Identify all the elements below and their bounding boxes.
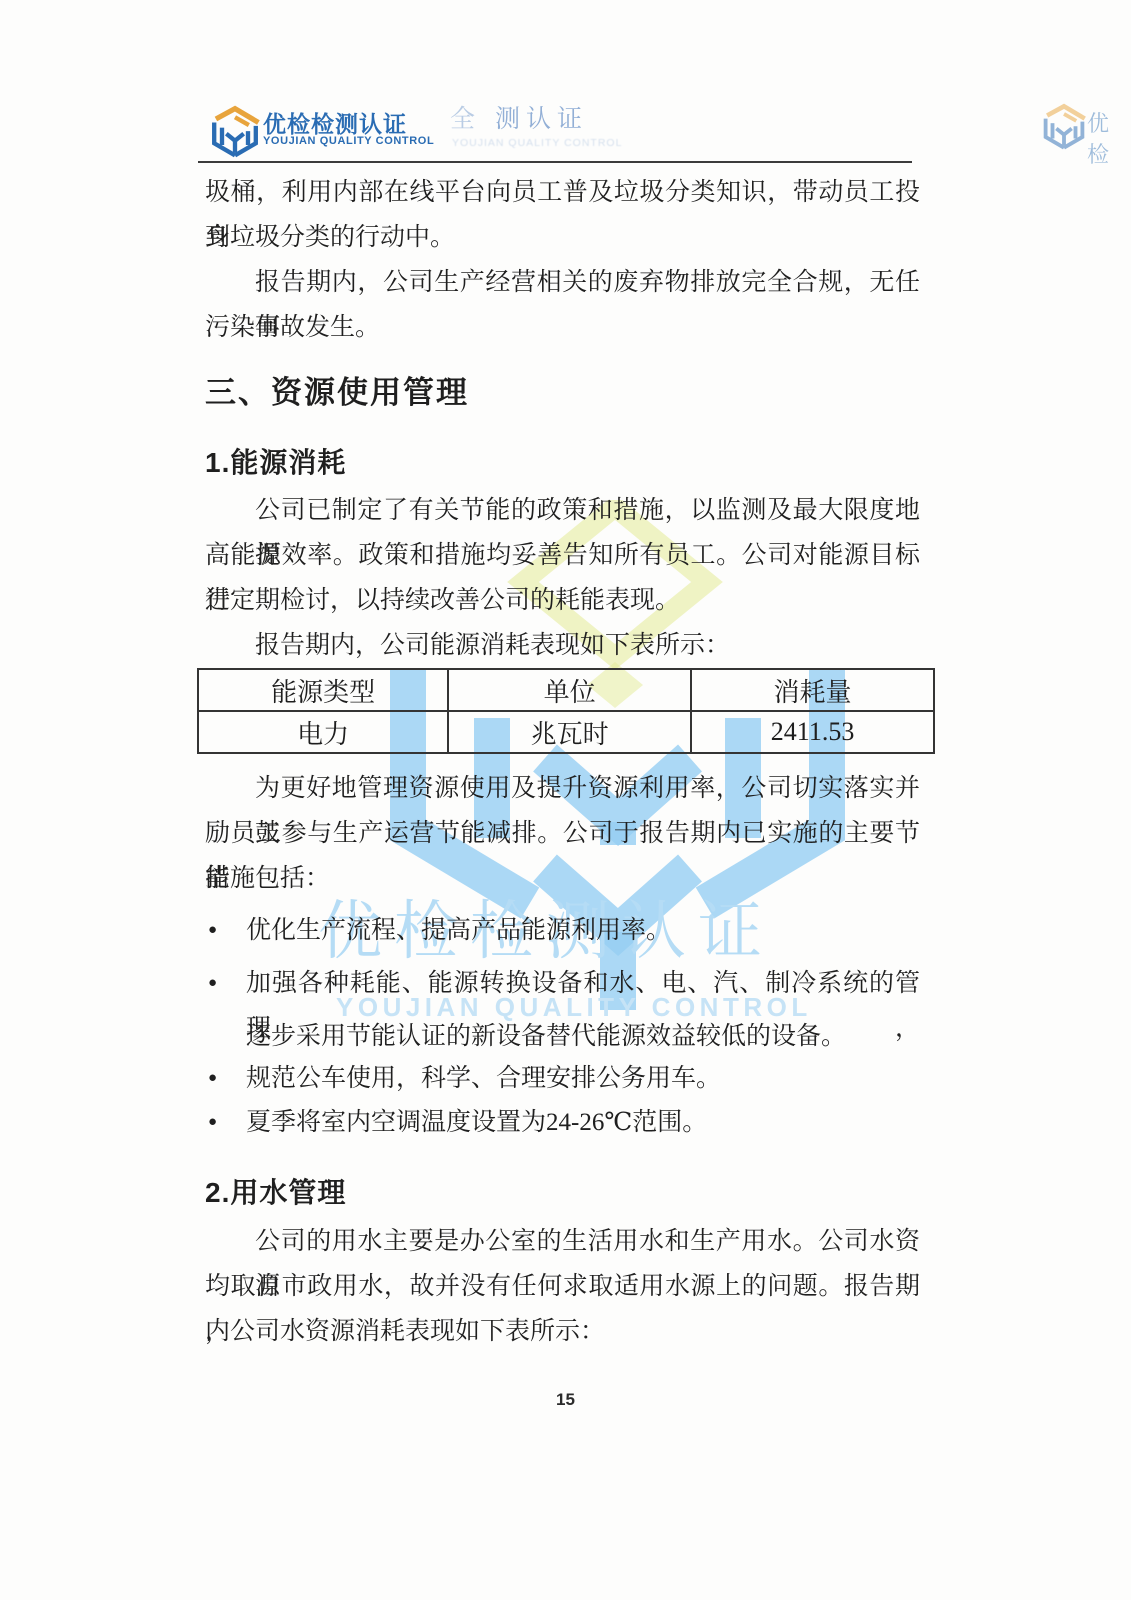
table-header-cell: 消耗量	[691, 669, 934, 711]
document-page: 优检检测认证 YOUJIAN QUALITY CONTROL 优检检测认证 YO…	[0, 0, 1131, 1600]
bullet-item: 夏季将室内空调温度设置为24-26℃范围。	[246, 1100, 920, 1145]
subsection-heading-water: 2.用水管理	[205, 1170, 346, 1215]
bullet-item: 优化生产流程、提高产品能源利用率。	[246, 908, 920, 953]
body-line: 报告期内，公司生产经营相关的废弃物排放完全合规，无任何	[205, 260, 920, 305]
bullet-marker: ●	[208, 961, 230, 1006]
body-line: 为更好地管理资源使用及提升资源利用率，公司切实落实并鼓	[205, 766, 920, 811]
energy-consumption-table: 能源类型 单位 消耗量 电力 兆瓦时 2411.53	[197, 668, 935, 754]
subsection-heading-energy: 1.能源消耗	[205, 440, 346, 485]
body-line: 高能源效率。政策和措施均妥善告知所有员工。公司对能源目标进	[205, 533, 920, 578]
header-stamp-subtext: YOUJIAN QUALITY CONTROL	[452, 137, 622, 149]
table-header-row: 能源类型 单位 消耗量	[198, 669, 934, 711]
table-cell: 2411.53	[691, 711, 934, 753]
bullet-item: 规范公车使用，科学、合理安排公务用车。	[246, 1056, 920, 1101]
bullet-item: 加强各种耗能、能源转换设备和水、电、汽、制冷系统的管理，	[246, 961, 920, 1006]
body-line: 公司的用水主要是办公室的生活用水和生产用水。公司水资源	[205, 1219, 920, 1264]
table-cell: 兆瓦时	[448, 711, 691, 753]
body-line: 报告期内，公司能源消耗表现如下表所示：	[205, 623, 920, 668]
body-line: 到垃圾分类的行动中。	[205, 215, 920, 260]
header-divider	[198, 161, 912, 163]
bullet-marker: ●	[208, 908, 230, 953]
body-line: 均取自市政用水，故并没有任何求取适用水源上的问题。报告期内	[205, 1264, 920, 1309]
table-header-cell: 能源类型	[198, 669, 448, 711]
table-cell: 电力	[198, 711, 448, 753]
body-line: 行定期检讨，以持续改善公司的耗能表现。	[205, 578, 920, 623]
logo-cube-icon	[209, 104, 261, 160]
body-line: 圾桶，利用内部在线平台向员工普及垃圾分类知识，带动员工投身	[205, 170, 920, 215]
page-number: 15	[0, 1390, 1131, 1410]
bullet-marker: ●	[208, 1100, 230, 1145]
body-line: 公司已制定了有关节能的政策和措施，以监测及最大限度地提	[205, 488, 920, 533]
bullet-item-continuation: 逐步采用节能认证的新设备替代能源效益较低的设备。	[246, 1014, 920, 1059]
corner-logo-fragment: 优检	[1087, 107, 1131, 169]
header-stamp-text: 全测认证	[450, 99, 588, 135]
stamp-fragment: 测认证	[495, 105, 588, 133]
bullet-marker: ●	[208, 1056, 230, 1101]
body-line: 措施包括：	[205, 856, 920, 901]
body-line: 污染事故发生。	[205, 305, 920, 350]
body-line: ，公司水资源消耗表现如下表所示：	[205, 1309, 920, 1354]
table-header-cell: 单位	[448, 669, 691, 711]
table-row: 电力 兆瓦时 2411.53	[198, 711, 934, 753]
stamp-fragment: 全	[450, 105, 481, 133]
corner-logo-cube-icon	[1041, 102, 1087, 152]
logo-company-subtitle: YOUJIAN QUALITY CONTROL	[263, 135, 434, 147]
body-line: 励员工参与生产运营节能减排。公司于报告期内已实施的主要节能	[205, 811, 920, 856]
section-heading: 三、资源使用管理	[205, 370, 469, 415]
